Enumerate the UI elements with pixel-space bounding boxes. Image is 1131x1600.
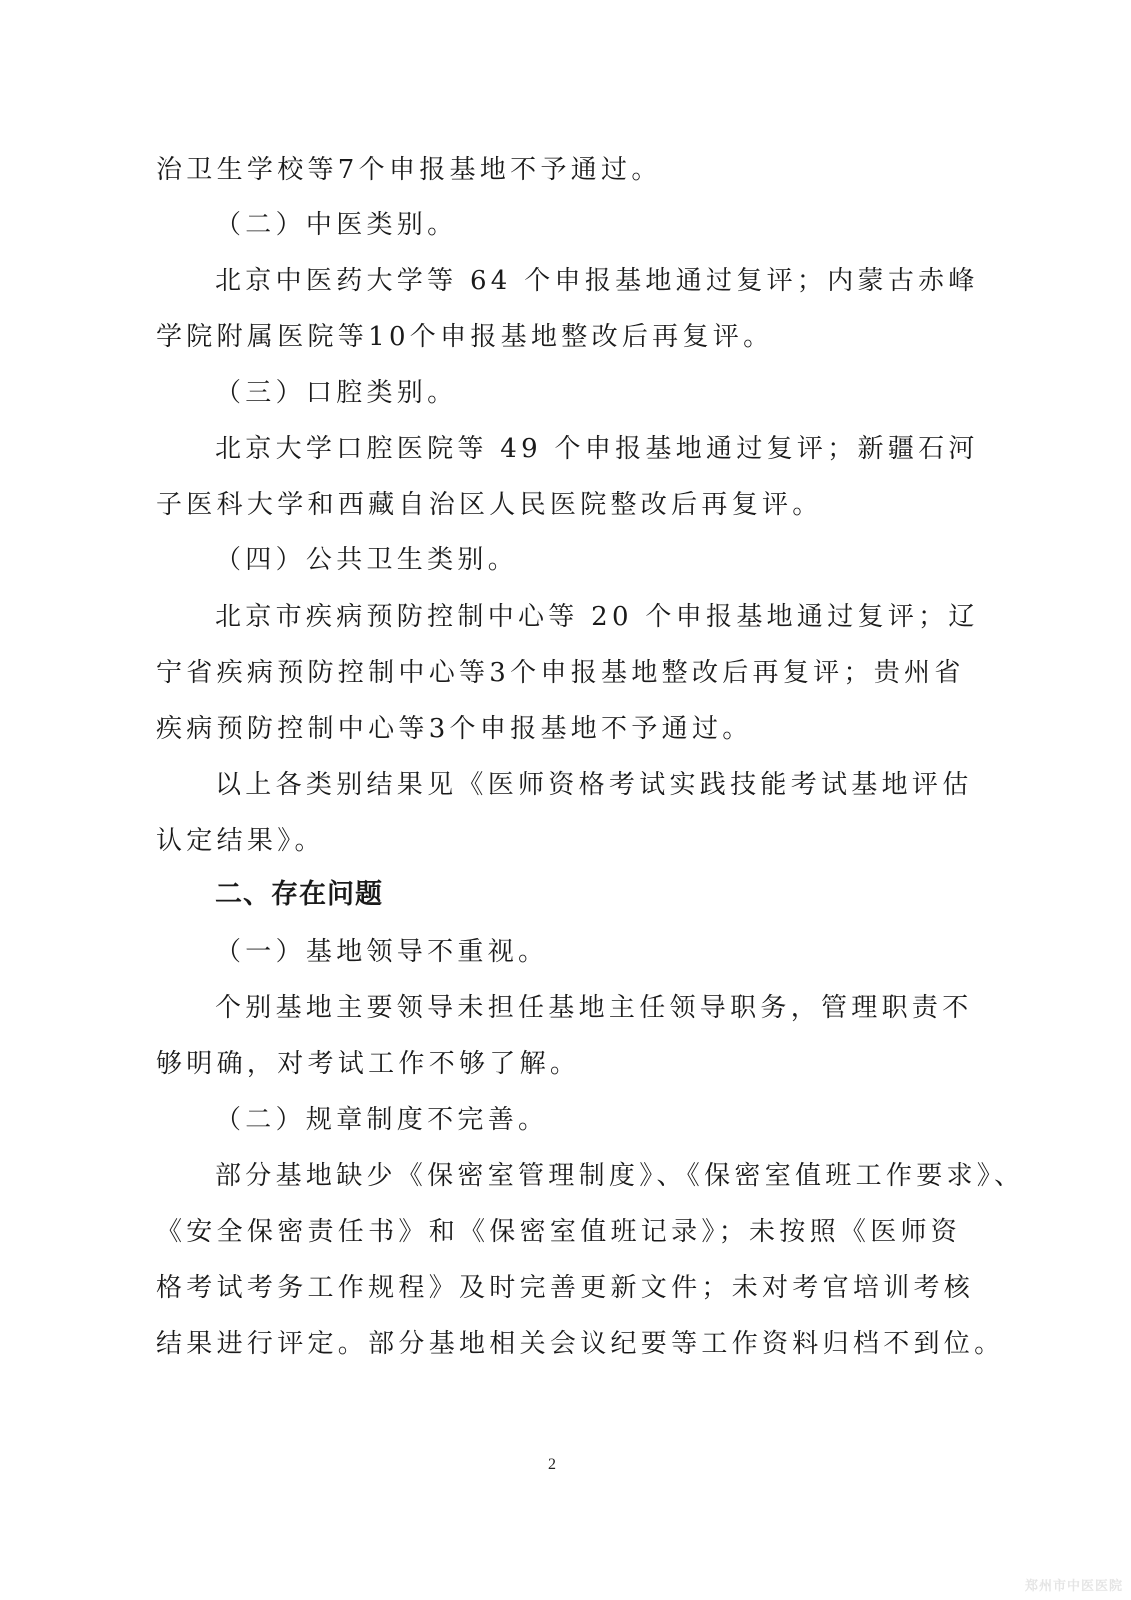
section-subheading-public-health: （四）公共卫生类别。	[215, 544, 957, 576]
section-subheading-dental: （三）口腔类别。	[215, 377, 957, 409]
paragraph-line: 北京市疾病预防控制中心等 20 个申报基地通过复评；辽	[215, 601, 957, 633]
watermark: 郑州市中医医院	[1025, 1575, 1123, 1594]
paragraph-line: 宁省疾病预防控制中心等3个申报基地整改后再复评；贵州省	[156, 657, 956, 689]
paragraph-line: 个别基地主要领导未担任基地主任领导职务，管理职责不	[215, 992, 957, 1024]
paragraph-line: 《安全保密责任书》和《保密室值班记录》；未按照《医师资	[156, 1216, 956, 1248]
paragraph-line: 子医科大学和西藏自治区人民医院整改后再复评。	[156, 489, 956, 521]
paragraph-line: 北京大学口腔医院等 49 个申报基地通过复评；新疆石河	[215, 433, 957, 465]
section-subheading-tcm: （二）中医类别。	[215, 209, 957, 241]
section-subheading-leadership: （一）基地领导不重视。	[215, 936, 957, 968]
page-number: 2	[548, 1456, 556, 1474]
paragraph-line: 够明确，对考试工作不够了解。	[156, 1048, 956, 1080]
paragraph-line: 疾病预防控制中心等3个申报基地不予通过。	[156, 713, 956, 745]
paragraph-line: 北京中医药大学等 64 个申报基地通过复评；内蒙古赤峰	[215, 265, 957, 297]
paragraph-line: 治卫生学校等7个申报基地不予通过。	[156, 154, 956, 186]
paragraph-line: 部分基地缺少《保密室管理制度》、《保密室值班工作要求》、	[215, 1160, 957, 1192]
section-heading-existing-problems: 二、存在问题	[215, 879, 957, 911]
paragraph-line: 学院附属医院等10个申报基地整改后再复评。	[156, 321, 956, 353]
section-subheading-regulations: （二）规章制度不完善。	[215, 1104, 957, 1136]
paragraph-line: 以上各类别结果见《医师资格考试实践技能考试基地评估	[215, 769, 957, 801]
paragraph-line: 结果进行评定。部分基地相关会议纪要等工作资料归档不到位。	[156, 1328, 956, 1360]
paragraph-line: 格考试考务工作规程》及时完善更新文件；未对考官培训考核	[156, 1272, 956, 1304]
paragraph-line: 认定结果》。	[156, 825, 956, 857]
document-page: 治卫生学校等7个申报基地不予通过。 （二）中医类别。 北京中医药大学等 64 个…	[0, 0, 1131, 1600]
